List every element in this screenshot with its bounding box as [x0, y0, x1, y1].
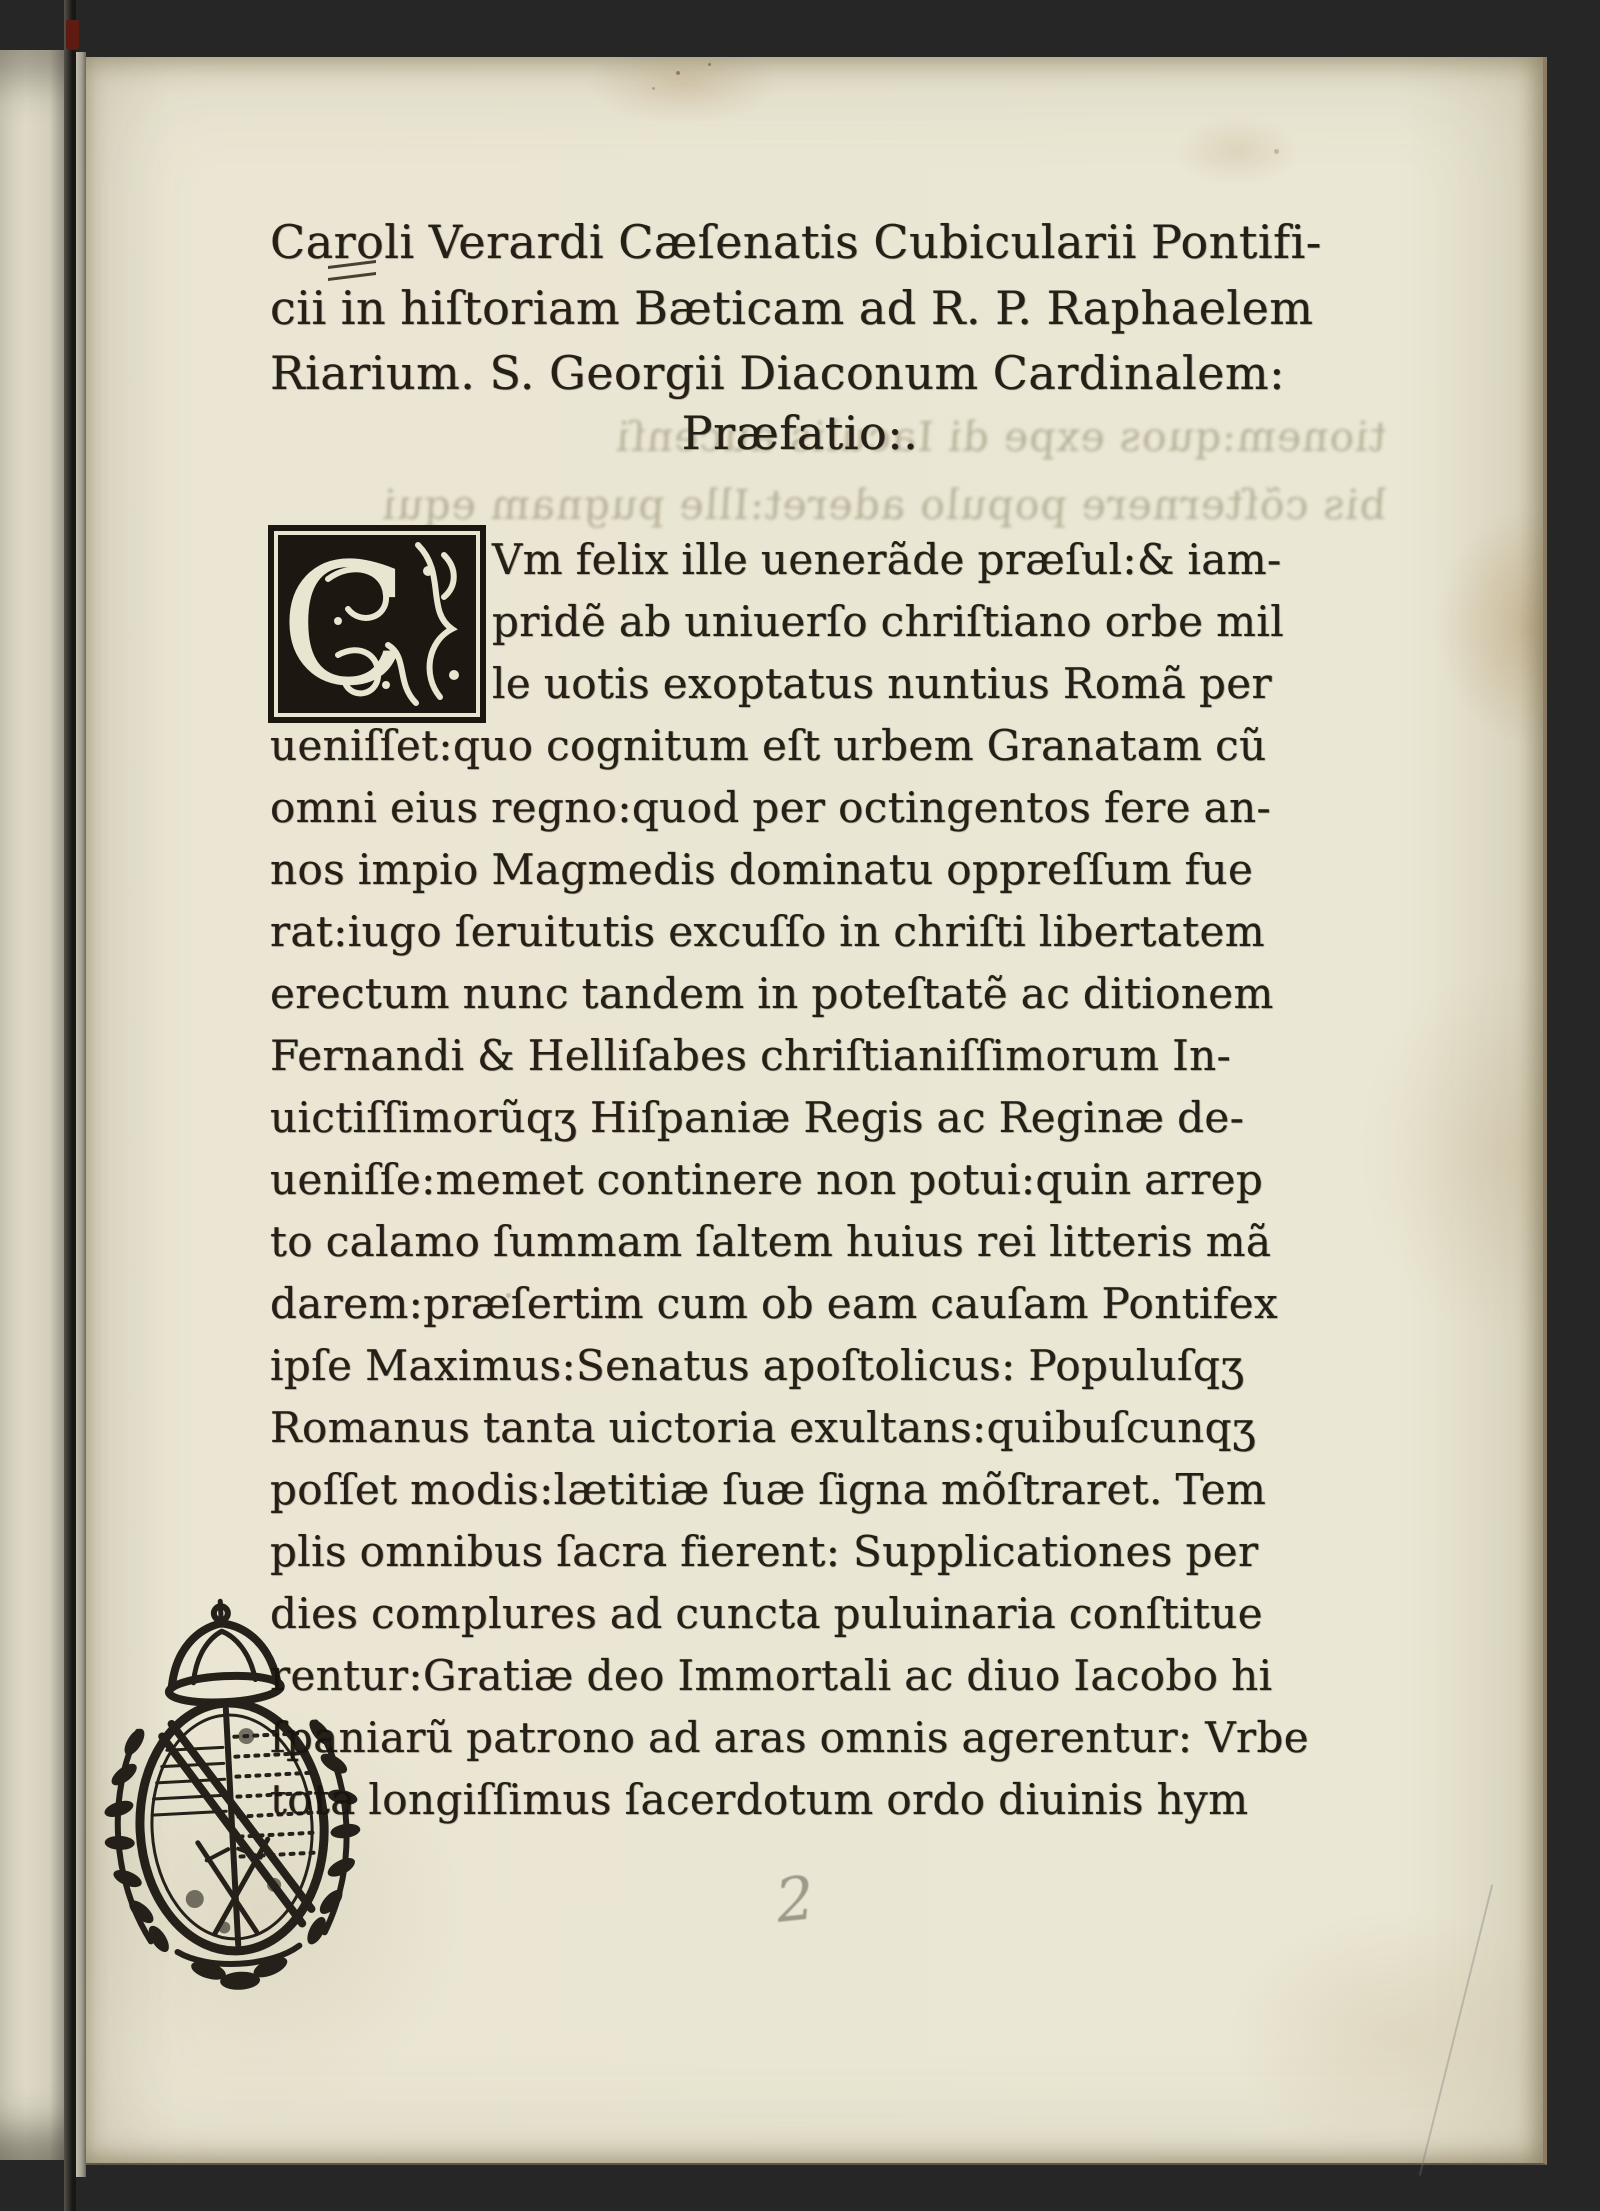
body-line: poſſet modis:lætitiæ ſuæ ſigna mõſtraret…: [270, 1465, 1350, 1514]
paper-speck: [708, 63, 711, 66]
binding-gutter: [64, 0, 76, 2211]
book-page: tionem:quos expe di Iaculis aucenſi bis …: [86, 57, 1547, 2165]
body-line: Fernandi & Helliſabes chriſtianiſſimorum…: [270, 1031, 1350, 1080]
heading-line: cii in hiſtoriam Bæticam ad R. P. Raphae…: [270, 281, 1330, 335]
body-line: Vm felix ille uenerãde præſul:& iam-: [492, 535, 1572, 584]
scan-photo: tionem:quos expe di Iaculis aucenſi bis …: [0, 0, 1600, 2211]
body-line: omni eius regno:quod per octingentos fer…: [270, 783, 1350, 832]
red-binding-mark-icon: [66, 20, 79, 50]
body-line: dies complures ad cuncta puluinaria conſ…: [270, 1589, 1350, 1638]
body-line: ueniſſet:quo cognitum eſt urbem Granatam…: [270, 721, 1350, 770]
paper-speck: [652, 87, 655, 90]
show-through-line: bis cõſternere populo aderet:Ille pugnam…: [235, 481, 1388, 529]
body-line: plis omnibus ſacra fierent: Supplication…: [270, 1527, 1350, 1576]
library-stamp-icon: [100, 1597, 362, 2005]
woodcut-initial-c-icon: C: [268, 525, 486, 723]
body-line: uictiſſimorũqʒ Hiſpaniæ Regis ac Reginæ …: [270, 1093, 1350, 1142]
heading-line: Riarium. S. Georgii Diaconum Cardinalem:: [270, 346, 1330, 400]
body-line: Romanus tanta uictoria exultans:quibuſcu…: [270, 1403, 1350, 1452]
body-line: ſpaniarũ patrono ad aras omnis agerentur…: [270, 1713, 1350, 1762]
body-line: le uotis exoptatus nuntius Romã per: [492, 659, 1572, 708]
body-line: darem:præſertim cum ob eam cauſam Pontif…: [270, 1279, 1350, 1328]
paper-speck: [1274, 149, 1279, 154]
body-line: rentur:Gratiæ deo Immortali ac diuo Iaco…: [270, 1651, 1350, 1700]
pencil-page-number: 2: [772, 1863, 817, 1937]
body-line: rat:iugo ſeruitutis excuſſo in chriſti l…: [270, 907, 1350, 956]
facing-page-edge: [0, 50, 66, 2160]
body-line: ueniſſe:memet continere non potui:quin a…: [270, 1155, 1350, 1204]
paper-speck: [676, 71, 680, 75]
body-line: to calamo ſummam ſaltem huius rei litter…: [270, 1217, 1350, 1266]
body-line: ipſe Maximus:Senatus apoſtolicus: Populu…: [270, 1341, 1350, 1390]
heading-line-praefatio: Præfatio:.: [270, 406, 1330, 460]
drop-cap-letter: C: [280, 527, 409, 723]
body-line: tota longiſſimus ſacerdotum ordo diuinis…: [270, 1775, 1350, 1824]
body-line: nos impio Magmedis dominatu oppreſſum fu…: [270, 845, 1350, 894]
page-edge-highlight: [76, 52, 86, 2177]
body-line: pridẽ ab uniuerſo chriſtiano orbe mil: [492, 597, 1572, 646]
body-line: erectum nunc tandem in poteſtatẽ ac diti…: [270, 969, 1350, 1018]
heading-line: Caroli Verardi Cæſenatis Cubicularii Pon…: [270, 215, 1330, 269]
